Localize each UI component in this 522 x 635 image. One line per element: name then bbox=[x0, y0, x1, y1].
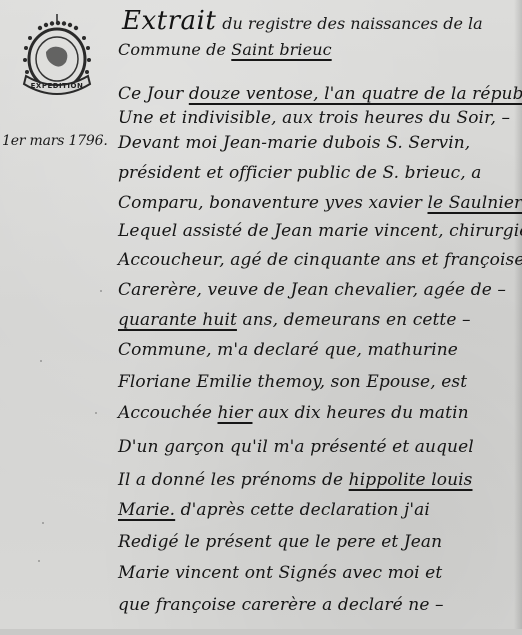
text-line: Devant moi Jean-marie dubois S. Servin, bbox=[118, 133, 470, 153]
text-line: quarante huit ans, demeurans en cette – bbox=[118, 310, 471, 330]
text-line: Marie. d'après cette declaration j'ai bbox=[118, 500, 430, 520]
svg-text:EXPEDITION: EXPEDITION bbox=[31, 82, 84, 90]
text-line: Comparu, bonaventure yves xavier le Saul… bbox=[118, 193, 522, 213]
text-line: Accouchée hier aux dix heures du matin bbox=[118, 403, 469, 423]
title-rest: du registre des naissances de la bbox=[222, 14, 482, 33]
text-line: Commune de Saint brieuc bbox=[118, 40, 332, 59]
scanned-document-page: EXPEDITION 1er mars 1796. Extraitdu regi… bbox=[0, 0, 522, 635]
text-line: Lequel assisté de Jean marie vincent, ch… bbox=[118, 221, 522, 241]
text-line: Marie vincent ont Signés avec moi et bbox=[118, 563, 442, 583]
text-line: Ce Jour douze ventose, l'an quatre de la… bbox=[118, 84, 522, 104]
paper-speck bbox=[38, 560, 40, 562]
text-line: D'un garçon qu'il m'a présenté et auquel bbox=[118, 437, 474, 457]
page-bottom-edge bbox=[0, 629, 522, 635]
text-line: que françoise carerère a declaré ne – bbox=[118, 595, 444, 615]
text-line: président et officier public de S. brieu… bbox=[118, 163, 481, 183]
text-line: Il a donné les prénoms de hippolite loui… bbox=[118, 470, 473, 490]
paper-speck bbox=[42, 522, 44, 524]
text-line: Floriane Emilie themoy, son Epouse, est bbox=[118, 372, 467, 392]
text-line: Carerère, veuve de Jean chevalier, agée … bbox=[118, 280, 506, 300]
official-seal-stamp-icon: EXPEDITION bbox=[18, 14, 96, 104]
paper-speck bbox=[40, 360, 42, 362]
text-line: Redigé le présent que le pere et Jean bbox=[118, 532, 442, 552]
text-line: Commune, m'a declaré que, mathurine bbox=[118, 340, 458, 360]
title-heading: Extrait bbox=[122, 6, 216, 36]
paper-speck bbox=[100, 290, 102, 292]
margin-date-note: 1er mars 1796. bbox=[2, 133, 108, 149]
document-title: Extraitdu registre des naissances de la bbox=[122, 6, 483, 36]
text-line: Une et indivisible, aux trois heures du … bbox=[118, 108, 510, 128]
paper-speck bbox=[95, 412, 97, 414]
text-line: Accoucheur, agé de cinquante ans et fran… bbox=[118, 250, 522, 270]
